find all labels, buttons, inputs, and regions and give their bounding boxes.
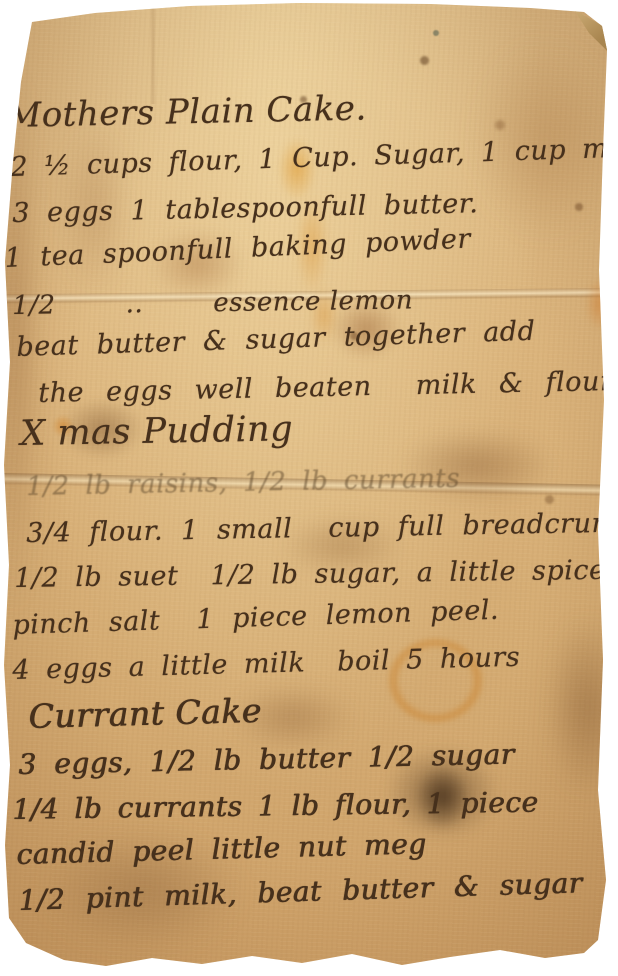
fox-spot — [433, 30, 439, 36]
recipe-title-currant-cake: Currant Cake — [28, 691, 262, 736]
recipe-line: beat butter & sugar together add — [16, 316, 536, 363]
paper-sheet: Mothers Plain Cake. 2 ½ cups flour, 1 Cu… — [0, 0, 618, 976]
recipe-line: 1 tea spoonfull baking powder — [4, 223, 471, 274]
stain — [545, 615, 618, 800]
recipe-line: 1/2 pint milk, beat butter & sugar — [18, 866, 583, 917]
recipe-line: 1/2 lb raisins, 1/2 lb currants — [26, 464, 460, 502]
recipe-line: 1/2 .. essence lemon — [12, 285, 413, 321]
scanned-recipe-page: Mothers Plain Cake. 2 ½ cups flour, 1 Cu… — [0, 0, 618, 976]
fox-spot — [420, 56, 429, 65]
recipe-line: 4 eggs a little milk boil 5 hours — [12, 642, 521, 686]
recipe-line: the eggs well beaten milk & flour — [38, 366, 614, 409]
fox-spot — [545, 495, 554, 504]
vertical-crease — [150, 4, 156, 104]
dog-ear-corner — [566, 6, 612, 58]
recipe-line: 3/4 flour. 1 small cup full breadcrumbs — [26, 507, 618, 549]
fox-spot — [575, 203, 583, 211]
recipe-title-xmas-pudding: X mas Pudding — [20, 409, 293, 454]
recipe-line: candid peel little nut meg — [16, 827, 427, 871]
fox-spot — [495, 120, 505, 130]
recipe-line: 3 eggs 1 tablespoonfull butter. — [12, 188, 479, 229]
orange-stain — [585, 278, 617, 330]
recipe-line: pinch salt 1 piece lemon peel. — [12, 595, 499, 641]
recipe-title-mothers-plain-cake: Mothers Plain Cake. — [6, 88, 367, 136]
recipe-line: 2 ½ cups flour, 1 Cup. Sugar, 1 cup milk — [10, 132, 618, 183]
recipe-line: 1/2 lb suet 1/2 lb sugar, a little spice — [14, 555, 606, 594]
recipe-line: 1/4 lb currants 1 lb flour, 1 piece — [12, 786, 539, 826]
recipe-line: 3 eggs, 1/2 lb butter 1/2 sugar — [18, 738, 515, 781]
